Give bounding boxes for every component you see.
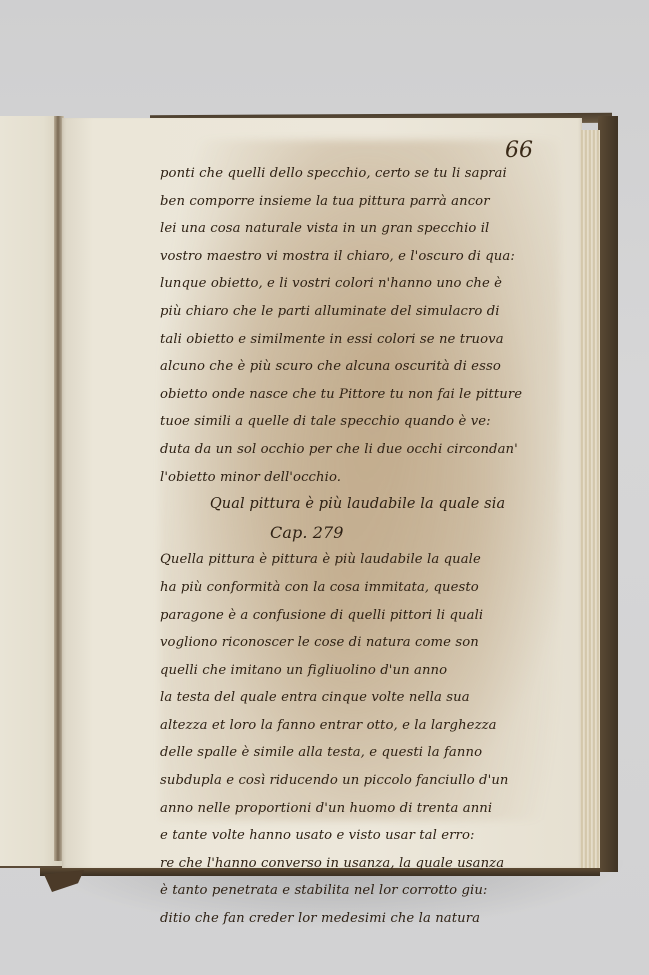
text-line: e tante volte hanno usato e visto usar t… bbox=[160, 822, 555, 850]
text-line: ditio che fan creder lor medesimi che la… bbox=[160, 905, 555, 933]
text-line: delle spalle è simile alla testa, e ques… bbox=[160, 739, 555, 767]
binding-cover-right bbox=[598, 116, 618, 872]
text-line: altezza et loro la fanno entrar otto, e … bbox=[160, 712, 555, 740]
text-line: ben comporre insieme la tua pittura parr… bbox=[160, 188, 555, 216]
text-line: paragone è a confusione di quelli pittor… bbox=[160, 602, 555, 630]
text-line: subdupla e così riducendo un piccolo fan… bbox=[160, 767, 555, 795]
text-line: ponti che quelli dello specchio, certo s… bbox=[160, 160, 555, 188]
text-line: duta da un sol occhio per che li due occ… bbox=[160, 436, 555, 464]
text-line: tuoe simili a quelle di tale specchio qu… bbox=[160, 408, 555, 436]
text-line: lei una cosa naturale vista in un gran s… bbox=[160, 215, 555, 243]
text-line: obietto onde nasce che tu Pittore tu non… bbox=[160, 381, 555, 409]
text-line: re che l'hanno converso in usanza, la qu… bbox=[160, 850, 555, 878]
text-line: è tanto penetrata e stabilita nel lor co… bbox=[160, 877, 555, 905]
chapter-number: Cap. 279 bbox=[160, 519, 555, 547]
text-line: più chiaro che le parti alluminate del s… bbox=[160, 298, 555, 326]
text-line: l'obietto minor dell'occhio. bbox=[160, 464, 555, 492]
left-page-edge bbox=[0, 116, 62, 868]
text-line: lunque obietto, e li vostri colori n'han… bbox=[160, 270, 555, 298]
text-line: Quella pittura è pittura è più laudabile… bbox=[160, 546, 555, 574]
text-line: vostro maestro vi mostra il chiaro, e l'… bbox=[160, 243, 555, 271]
text-line: alcuno che è più scuro che alcuna oscuri… bbox=[160, 353, 555, 381]
text-line: vogliono riconoscer le cose di natura co… bbox=[160, 629, 555, 657]
text-line: anno nelle proportioni d'un huomo di tre… bbox=[160, 795, 555, 823]
text-line: la testa del quale entra cinque volte ne… bbox=[160, 684, 555, 712]
text-line: ha più conformità con la cosa immitata, … bbox=[160, 574, 555, 602]
text-line: tali obietto e similmente in essi colori… bbox=[160, 326, 555, 354]
manuscript-text: ponti che quelli dello specchio, certo s… bbox=[160, 160, 555, 933]
page-fore-edges bbox=[580, 130, 600, 875]
text-line: quelli che imitano un figliuolino d'un a… bbox=[160, 657, 555, 685]
chapter-heading: Qual pittura è più laudabile la quale si… bbox=[160, 491, 555, 519]
